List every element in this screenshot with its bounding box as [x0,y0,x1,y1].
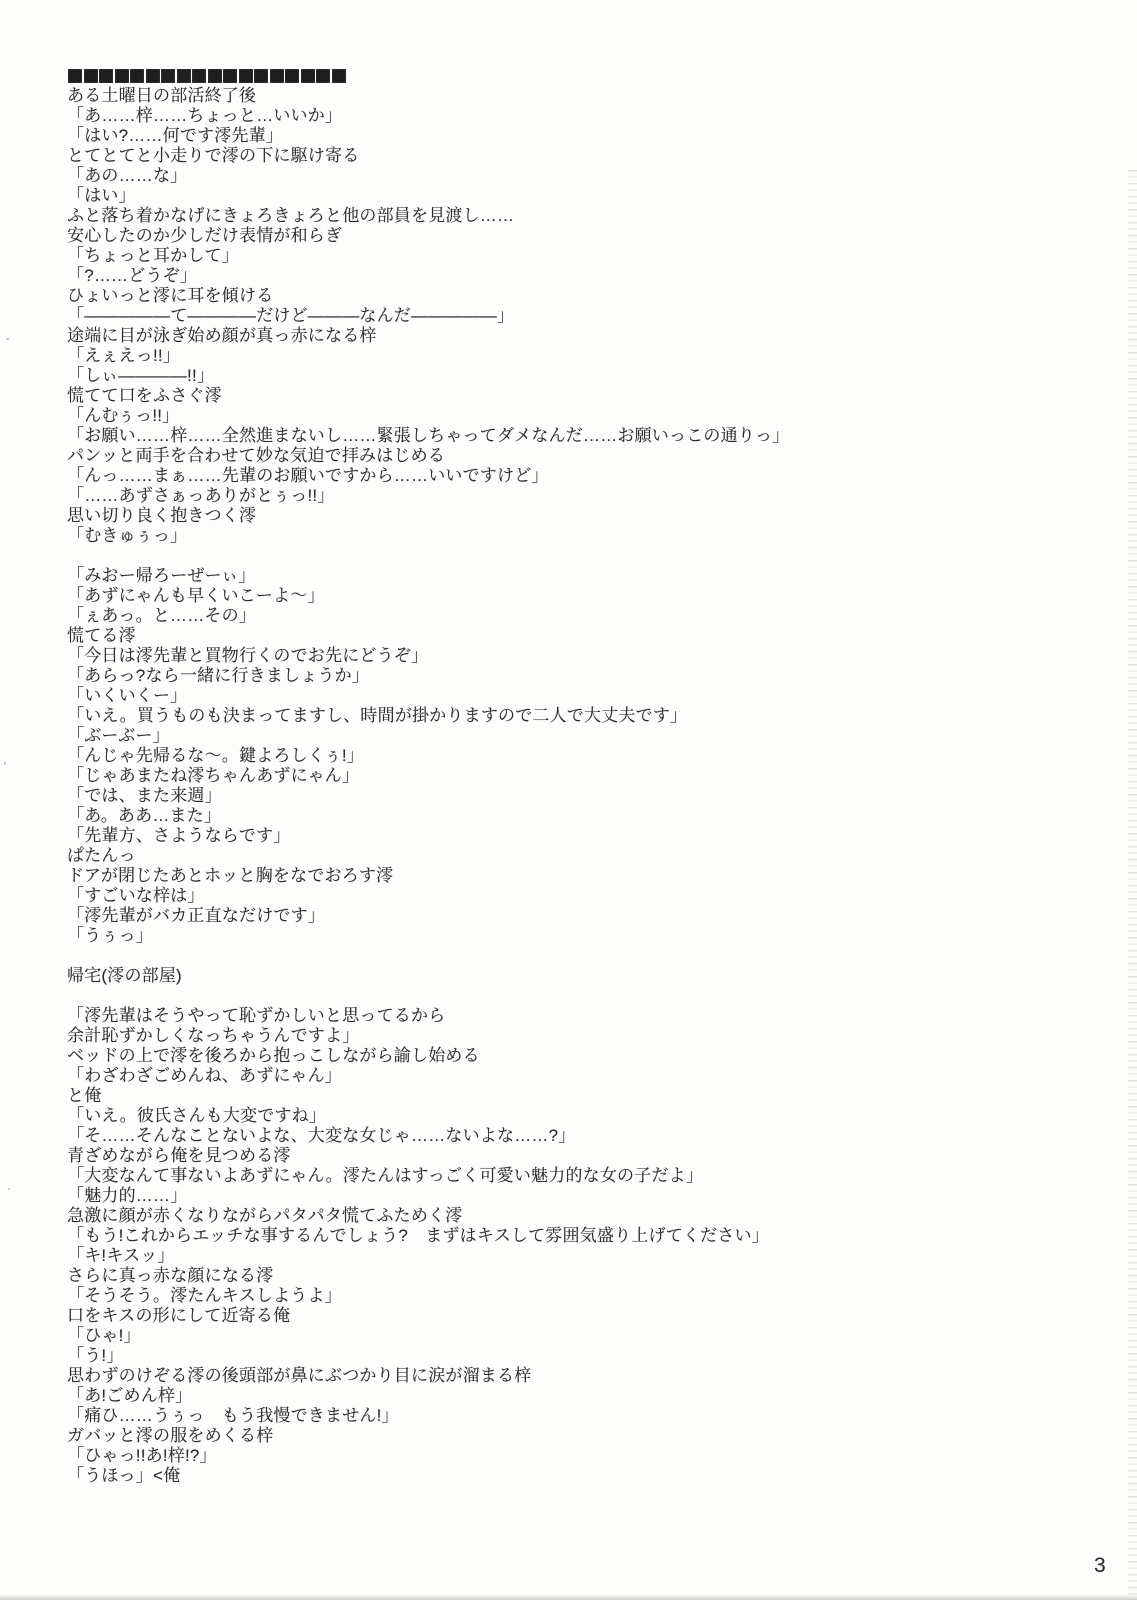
separator-square-icon [84,69,98,83]
blank-line [67,546,1067,566]
text-line: 「では、また来週」 [67,786,1067,806]
text-line: 「う!」 [67,1346,1067,1366]
separator-square-icon [192,69,206,83]
text-line: 「んっ……まぁ……先輩のお願いですから……いいですけど」 [67,466,1067,486]
text-line: 「すごいな梓は」 [67,886,1067,906]
text-line: 「澪先輩がバカ正直なだけです」 [67,906,1067,926]
separator-square-icon [146,69,160,83]
text-line: 「そ……そんなことないよな、大変な女じゃ……ないよな……?」 [67,1126,1067,1146]
text-line: 「あ!ごめん梓」 [67,1386,1067,1406]
text-line: 「あの……な」 [67,166,1067,186]
text-line: 「うぅっ」 [67,926,1067,946]
text-line: ガバッと澪の服をめくる梓 [67,1426,1067,1446]
scan-noise-right-edge [1128,170,1137,1600]
text-line: 慌てる澪 [67,626,1067,646]
scan-speck [4,762,6,765]
text-line: ドアが閉じたあとホッと胸をなでおろす澪 [67,866,1067,886]
text-line: 思い切り良く抱きつく澪 [67,506,1067,526]
text-line: 「んむぅっ!!」 [67,406,1067,426]
text-line: 「ぇあっ。と……その」 [67,606,1067,626]
text-line: 急激に顔が赤くなりながらパタパタ慌てふためく澪 [67,1206,1067,1226]
separator-square-icon [285,69,299,83]
separator-square-icon [239,69,253,83]
text-line: 「先輩方、さようならです」 [67,826,1067,846]
text-line: ひょいっと澪に耳を傾ける [67,286,1067,306]
separator-squares-row [68,69,346,83]
text-line: 安心したのか少しだけ表情が和らぎ [67,226,1067,246]
text-line: 「あ。ああ…また」 [67,806,1067,826]
text-line: ふと落ち着かなげにきょろきょろと他の部員を見渡し…… [67,206,1067,226]
text-line: 「魅力的……」 [67,1186,1067,1206]
text-line: 「ぶーぶー」 [67,726,1067,746]
text-line: 「大変なんて事ないよあずにゃん。澪たんはすっごく可愛い魅力的な女の子だよ」 [67,1166,1067,1186]
text-line: 「いくいくー」 [67,686,1067,706]
blank-line [67,946,1067,966]
separator-square-icon [316,69,330,83]
separator-square-icon [99,69,113,83]
text-line: 「むきゅぅっ」 [67,526,1067,546]
text-line: 「わざわざごめんね、あずにゃん」 [67,1066,1067,1086]
text-line: パンッと両手を合わせて妙な気迫で拝みはじめる [67,446,1067,466]
text-line: 「じゃあまたね澪ちゃんあずにゃん」 [67,766,1067,786]
text-line: 「澪先輩はそうやって恥ずかしいと思ってるから [67,1006,1067,1026]
separator-square-icon [301,69,315,83]
text-line: 「痛ひ……うぅっ もう我慢できません!」 [67,1406,1067,1426]
text-line: 「うほっ」<俺 [67,1466,1067,1486]
script-text-block: ある土曜日の部活終了後「あ……梓……ちょっと…いいか」「はい?……何です澪先輩」… [67,86,1067,1486]
text-line: さらに真っ赤な顔になる澪 [67,1266,1067,1286]
text-line: 帰宅(澪の部屋) [67,966,1067,986]
text-line: 「ひゃっ!!あ!梓!?」 [67,1446,1067,1466]
text-line: 余計恥ずかしくなっちゃうんですよ」 [67,1026,1067,1046]
text-line: 「はい?……何です澪先輩」 [67,126,1067,146]
text-line: 「お願い……梓……全然進まないし……緊張しちゃってダメなんだ……お願いっこの通り… [67,426,1067,446]
text-line: 「えぇえっ!!」 [67,346,1067,366]
text-line: とてとてと小走りで澪の下に駆け寄る [67,146,1067,166]
text-line: 「キ!キスッ」 [67,1246,1067,1266]
text-line: ぱたんっ [67,846,1067,866]
text-line: 青ざめながら俺を見つめる澪 [67,1146,1067,1166]
blank-line [67,986,1067,1006]
page-number: 3 [1094,1554,1106,1578]
text-line: 「ちょっと耳かして」 [67,246,1067,266]
text-line: 口をキスの形にして近寄る俺 [67,1306,1067,1326]
text-line: 「しぃ――――!!」 [67,366,1067,386]
text-line: 「そうそう。澪たんキスしようよ」 [67,1286,1067,1306]
separator-square-icon [177,69,191,83]
text-line: ベッドの上で澪を後ろから抱っこしながら諭し始める [67,1046,1067,1066]
text-line: 「―――――て――――だけど―――なんだ―――――」 [67,306,1067,326]
scan-speck [8,1188,10,1190]
text-line: 「あずにゃんも早くいこーよ〜」 [67,586,1067,606]
scan-edge-bottom [0,1594,1137,1600]
text-line: 思わずのけぞる澪の後頭部が鼻にぶつかり目に涙が溜まる梓 [67,1366,1067,1386]
text-line: 「?……どうぞ」 [67,266,1067,286]
separator-square-icon [68,69,82,83]
text-line: 「今日は澪先輩と買物行くのでお先にどうぞ」 [67,646,1067,666]
text-line: ある土曜日の部活終了後 [67,86,1067,106]
separator-square-icon [115,69,129,83]
text-line: 「いえ。彼氏さんも大変ですね」 [67,1106,1067,1126]
text-line: 慌てて口をふさぐ澪 [67,386,1067,406]
separator-square-icon [254,69,268,83]
text-line: 「みおー帰ろーぜーぃ」 [67,566,1067,586]
text-line: 「あ……梓……ちょっと…いいか」 [67,106,1067,126]
text-line: 「いえ。買うものも決まってますし、時間が掛かりますので二人で大丈夫です」 [67,706,1067,726]
separator-square-icon [161,69,175,83]
text-line: と俺 [67,1086,1067,1106]
scan-speck [6,338,9,340]
separator-square-icon [130,69,144,83]
text-line: 「んじゃ先帰るな〜。鍵よろしくぅ!」 [67,746,1067,766]
scanned-document-page: ある土曜日の部活終了後「あ……梓……ちょっと…いいか」「はい?……何です澪先輩」… [0,0,1137,1600]
text-line: 「ひゃ!」 [67,1326,1067,1346]
text-line: 「……あずさぁっありがとぅっ!!」 [67,486,1067,506]
separator-square-icon [208,69,222,83]
text-line: 「もう!これからエッチな事するんでしょう? まずはキスして雰囲気盛り上げてくださ… [67,1226,1067,1246]
text-line: 「あらっ?なら一緒に行きましょうか」 [67,666,1067,686]
separator-square-icon [223,69,237,83]
separator-square-icon [332,69,346,83]
text-line: 途端に目が泳ぎ始め顔が真っ赤になる梓 [67,326,1067,346]
separator-square-icon [270,69,284,83]
text-line: 「はい」 [67,186,1067,206]
